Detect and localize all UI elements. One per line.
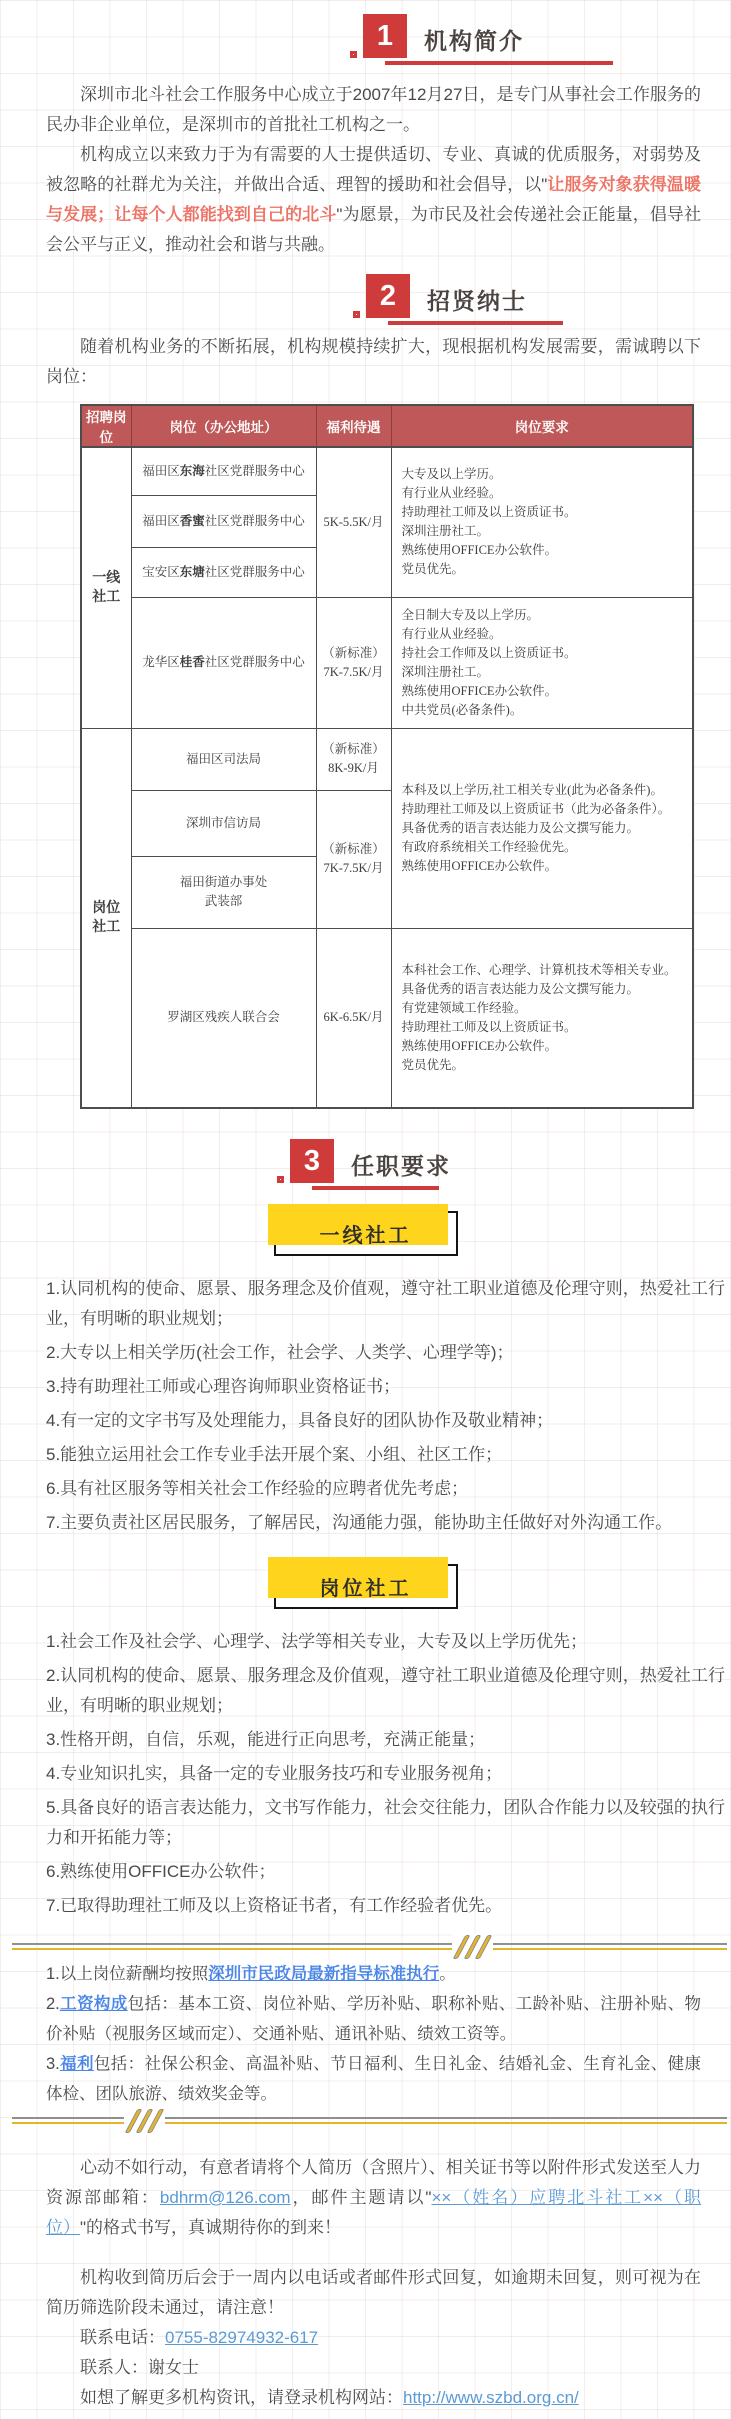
section-3-number-badge: 3 xyxy=(290,1139,334,1183)
note-text: 。 xyxy=(439,1965,456,1983)
intro-section: 深圳市北斗社会工作服务中心成立于2007年12月27日，是专门从事社会工作服务的… xyxy=(0,80,731,260)
divider-gold-line xyxy=(12,2122,727,2124)
loc-text: 社区党群服务中心 xyxy=(205,655,305,669)
section-2-corner-square xyxy=(353,311,360,318)
phone-link[interactable]: 0755-82974932-617 xyxy=(165,2328,318,2347)
requirements-cell: 大专及以上学历。 有行业从业经验。 持助理社工师及以上资质证书。 深圳注册社工。… xyxy=(391,447,693,597)
job-table: 招聘岗位 岗位（办公地址） 福利待遇 岗位要求 一线社工 福田区东海社区党群服务… xyxy=(80,404,694,1109)
note-text: 1.以上岗位薪酬均按照 xyxy=(46,1965,208,1983)
section-3-corner-square xyxy=(277,1176,284,1183)
salary-cell: 5K-5.5K/月 xyxy=(316,447,391,597)
location-cell: 福田街道办事处 武装部 xyxy=(131,856,316,928)
job-table-container: 招聘岗位 岗位（办公地址） 福利待遇 岗位要求 一线社工 福田区东海社区党群服务… xyxy=(80,404,731,1109)
location-cell: 龙华区桂香社区党群服务中心 xyxy=(131,597,316,728)
requirement-item: 4.有一定的文字书写及处理能力，具备良好的团队协作及敬业精神； xyxy=(46,1406,725,1436)
requirement-item: 5.能独立运用社会工作专业手法开展个案、小组、社区工作； xyxy=(46,1440,725,1470)
intro-paragraph-1: 深圳市北斗社会工作服务中心成立于2007年12月27日，是专门从事社会工作服务的… xyxy=(46,80,701,140)
welfare-link[interactable]: 福利 xyxy=(60,2055,94,2073)
frontline-subtitle-box: 一线社工 xyxy=(274,1211,458,1256)
frontline-requirements-list: 1.认同机构的使命、愿景、服务理念及价值观，遵守社工职业道德及伦理守则，热爱社工… xyxy=(0,1274,731,1538)
post-subtitle-row: 岗位社工 xyxy=(0,1564,731,1609)
requirement-item: 1.认同机构的使命、愿景、服务理念及价值观，遵守社工职业道德及伦理守则，热爱社工… xyxy=(46,1274,725,1334)
col-header-location: 岗位（办公地址） xyxy=(131,405,316,447)
loc-bold: 东海 xyxy=(180,464,205,478)
loc-text: 福田区 xyxy=(142,464,180,478)
salary-structure-link[interactable]: 工资构成 xyxy=(60,1995,128,2013)
recruit-intro: 随着机构业务的不断拓展，机构规模持续扩大，现根据机构发展需要，需诚聘以下岗位： xyxy=(0,332,731,392)
section-1-number-badge: 1 xyxy=(363,14,407,58)
requirement-item: 6.具有社区服务等相关社会工作经验的应聘者优先考虑； xyxy=(46,1474,725,1504)
location-cell: 罗湖区残疾人联合会 xyxy=(131,928,316,1108)
section-2-number-badge: 2 xyxy=(366,274,410,318)
phone-label: 联系电话： xyxy=(80,2328,165,2347)
table-header-row: 招聘岗位 岗位（办公地址） 福利待遇 岗位要求 xyxy=(81,405,693,447)
section-1-corner-square xyxy=(350,51,357,58)
note-1: 1.以上岗位薪酬均按照深圳市民政局最新指导标准执行。 xyxy=(46,1959,701,1989)
salary-standard-link[interactable]: 深圳市民政局最新指导标准执行 xyxy=(208,1965,439,1983)
requirements-cell: 本科社会工作、心理学、计算机技术等相关专业。 具备优秀的语言表达能力及公文撰写能… xyxy=(391,928,693,1108)
note-text: 包括：社保公积金、高温补贴、节日福利、生日礼金、结婚礼金、生育礼金、健康体检、团… xyxy=(46,2055,701,2103)
col-header-position-type: 招聘岗位 xyxy=(81,405,131,447)
loc-text: 社区党群服务中心 xyxy=(205,514,305,528)
salary-notes: 1.以上岗位薪酬均按照深圳市民政局最新指导标准执行。 2.工资构成包括：基本工资… xyxy=(0,1959,731,2109)
salary-cell: 6K-6.5K/月 xyxy=(316,928,391,1108)
requirements-cell: 本科及以上学历,社工相关专业(此为必备条件)。 持助理社工师及以上资质证书（此为… xyxy=(391,728,693,928)
col-header-requirements: 岗位要求 xyxy=(391,405,693,447)
requirement-item: 2.大专以上相关学历(社会工作，社会学、人类学、心理学等)； xyxy=(46,1338,725,1368)
table-row: 岗位社工 福田区司法局 （新标准） 8K-9K/月 本科及以上学历,社工相关专业… xyxy=(81,728,693,790)
category-frontline: 一线社工 xyxy=(81,447,131,728)
website-line: 如想了解更多机构资讯，请登录机构网站：http://www.szbd.org.c… xyxy=(46,2383,701,2413)
post-subtitle-box: 岗位社工 xyxy=(274,1564,458,1609)
location-cell: 福田区香蜜社区党群服务中心 xyxy=(131,495,316,547)
requirement-item: 3.性格开朗，自信，乐观，能进行正向思考，充满正能量； xyxy=(46,1725,725,1755)
divider-gray-line xyxy=(12,1943,727,1945)
section-header-2: 2 招贤纳士 xyxy=(0,274,731,326)
salary-cell: （新标准） 7K-7.5K/月 xyxy=(316,790,391,928)
table-row: 罗湖区残疾人联合会 6K-6.5K/月 本科社会工作、心理学、计算机技术等相关专… xyxy=(81,928,693,1108)
divider-slashes-icon xyxy=(452,1933,493,1961)
category-post: 岗位社工 xyxy=(81,728,131,1108)
contact-phone-line: 联系电话：0755-82974932-617 xyxy=(46,2323,701,2353)
section-3-title: 任职要求 xyxy=(351,1148,451,1181)
requirement-item: 1.社会工作及社会学、心理学、法学等相关专业，大专及以上学历优先； xyxy=(46,1627,725,1657)
section-header-3: 3 任职要求 xyxy=(0,1139,731,1191)
note-3: 3.福利包括：社保公积金、高温补贴、节日福利、生日礼金、结婚礼金、生育礼金、健康… xyxy=(46,2049,701,2109)
note-text: 2. xyxy=(46,1995,60,2013)
apply-section: 心动不如行动，有意者请将个人简历（含照片）、相关证书等以附件形式发送至人力资源部… xyxy=(0,2153,731,2413)
section-1-underline xyxy=(385,61,613,65)
location-cell: 福田区司法局 xyxy=(131,728,316,790)
apply-text: ，邮件主题请以" xyxy=(291,2188,432,2207)
loc-text: 社区党群服务中心 xyxy=(205,565,305,579)
section-2-underline xyxy=(388,321,563,325)
note-2: 2.工资构成包括：基本工资、岗位补贴、学历补贴、职称补贴、工龄补贴、注册补贴、物… xyxy=(46,1989,701,2049)
loc-text: 龙华区 xyxy=(142,655,180,669)
reply-policy-paragraph: 机构收到简历后会于一周内以电话或者邮件形式回复，如逾期未回复，则可视为在简历筛选… xyxy=(46,2263,701,2323)
section-1-title: 机构简介 xyxy=(424,23,524,56)
requirement-item: 3.持有助理社工师或心理咨询师职业资格证书； xyxy=(46,1372,725,1402)
intro-paragraph-2: 机构成立以来致力于为有需要的人士提供适切、专业、真诚的优质服务，对弱势及被忽略的… xyxy=(46,140,701,260)
section-3-underline xyxy=(312,1186,439,1190)
divider-gray-line xyxy=(12,2117,727,2119)
gold-divider xyxy=(12,2115,727,2127)
salary-cell: （新标准） 8K-9K/月 xyxy=(316,728,391,790)
divider-slashes-icon xyxy=(124,2107,165,2135)
section-2-title: 招贤纳士 xyxy=(427,283,527,316)
loc-text: 福田区 xyxy=(142,514,180,528)
loc-bold: 桂香 xyxy=(180,655,205,669)
requirement-item: 5.具备良好的语言表达能力，文书写作能力，社会交往能力，团队合作能力以及较强的执… xyxy=(46,1793,725,1853)
requirement-item: 6.熟练使用OFFICE办公软件； xyxy=(46,1857,725,1887)
loc-bold: 东塘 xyxy=(180,565,205,579)
divider-gold-line xyxy=(12,1948,727,1950)
requirement-item: 7.已取得助理社工师及以上资格证书者，有工作经验者优先。 xyxy=(46,1891,725,1921)
requirement-item: 4.专业知识扎实，具备一定的专业服务技巧和专业服务视角； xyxy=(46,1759,725,1789)
loc-text: 社区党群服务中心 xyxy=(205,464,305,478)
requirements-cell: 全日制大专及以上学历。 有行业从业经验。 持社会工作师及以上资质证书。 深圳注册… xyxy=(391,597,693,728)
frontline-subtitle-row: 一线社工 xyxy=(0,1211,731,1256)
requirement-item: 2.认同机构的使命、愿景、服务理念及价值观，遵守社工职业道德及伦理守则，热爱社工… xyxy=(46,1661,725,1721)
apply-text: "的格式书写，真诚期待你的到来！ xyxy=(80,2218,341,2237)
section-header-1: 1 机构简介 xyxy=(0,14,731,66)
post-requirements-list: 1.社会工作及社会学、心理学、法学等相关专业，大专及以上学历优先；2.认同机构的… xyxy=(0,1627,731,1921)
requirement-item: 7.主要负责社区居民服务，了解居民，沟通能力强，能协助主任做好对外沟通工作。 xyxy=(46,1508,725,1538)
location-cell: 福田区东海社区党群服务中心 xyxy=(131,447,316,495)
website-label: 如想了解更多机构资讯，请登录机构网站： xyxy=(80,2388,403,2407)
article-page: 1 机构简介 深圳市北斗社会工作服务中心成立于2007年12月27日，是专门从事… xyxy=(0,0,731,2419)
apply-paragraph: 心动不如行动，有意者请将个人简历（含照片）、相关证书等以附件形式发送至人力资源部… xyxy=(46,2153,701,2243)
note-text: 包括：基本工资、岗位补贴、学历补贴、职称补贴、工龄补贴、注册补贴、物价补贴（视服… xyxy=(46,1995,701,2043)
note-text: 3. xyxy=(46,2055,60,2073)
email-link[interactable]: bdhrm@126.com xyxy=(160,2188,291,2207)
website-link[interactable]: http://www.szbd.org.cn/ xyxy=(403,2388,579,2407)
loc-text: 宝安区 xyxy=(142,565,180,579)
recruit-intro-paragraph: 随着机构业务的不断拓展，机构规模持续扩大，现根据机构发展需要，需诚聘以下岗位： xyxy=(46,332,701,392)
location-cell: 深圳市信访局 xyxy=(131,790,316,856)
salary-cell: （新标准） 7K-7.5K/月 xyxy=(316,597,391,728)
location-cell: 宝安区东塘社区党群服务中心 xyxy=(131,547,316,597)
loc-bold: 香蜜 xyxy=(180,514,205,528)
gold-divider xyxy=(12,1941,727,1953)
table-row: 龙华区桂香社区党群服务中心 （新标准） 7K-7.5K/月 全日制大专及以上学历… xyxy=(81,597,693,728)
table-row: 一线社工 福田区东海社区党群服务中心 5K-5.5K/月 大专及以上学历。 有行… xyxy=(81,447,693,495)
contact-person-line: 联系人：谢女士 xyxy=(46,2353,701,2383)
col-header-salary: 福利待遇 xyxy=(316,405,391,447)
